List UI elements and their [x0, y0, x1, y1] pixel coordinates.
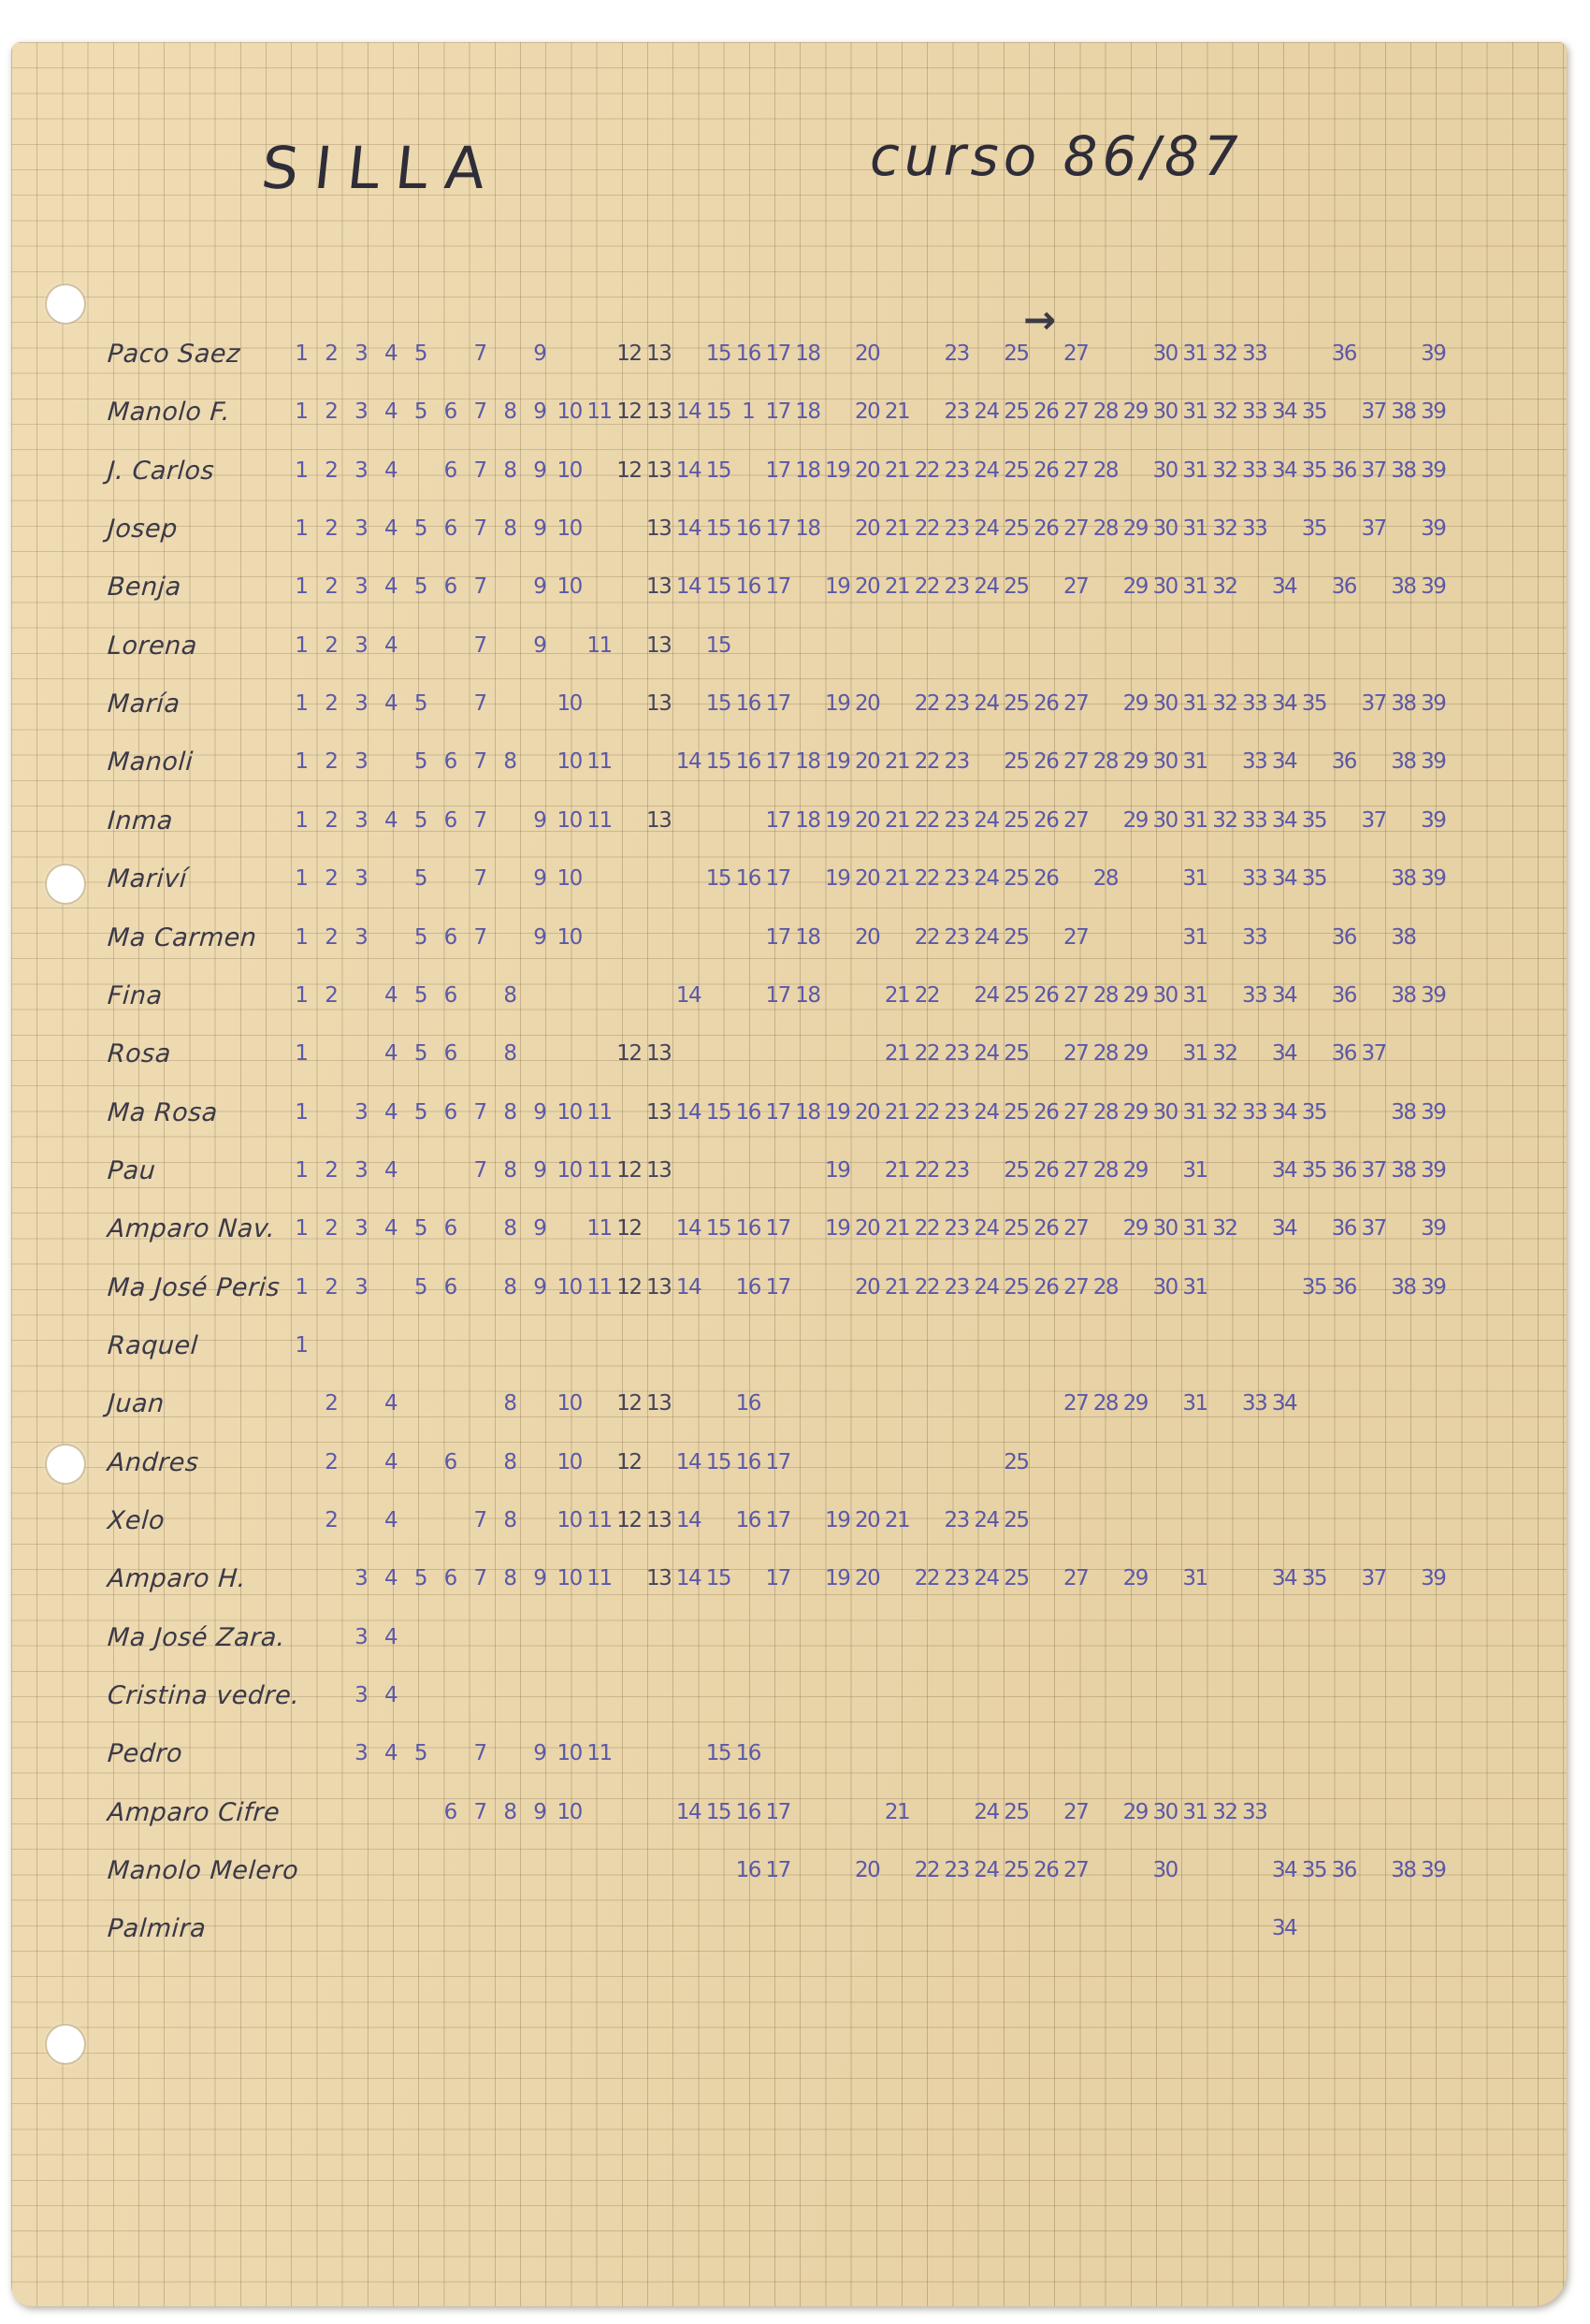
roster-row: Xelo247810111213141617192021232425 — [11, 1501, 1567, 1546]
session-number: 22 — [911, 691, 943, 716]
session-number: 31 — [1179, 1275, 1211, 1300]
session-number: 39 — [1417, 399, 1449, 424]
session-number: 35 — [1298, 458, 1330, 483]
session-number: 17 — [762, 399, 794, 424]
session-number: 30 — [1149, 1800, 1181, 1824]
session-number: 32 — [1208, 399, 1240, 424]
student-name: Ma Carmen — [107, 923, 258, 952]
session-number: 36 — [1328, 925, 1360, 950]
session-number: 14 — [672, 1450, 704, 1474]
session-number: 23 — [941, 808, 973, 833]
session-number: 27 — [1060, 1158, 1091, 1183]
session-number: 10 — [554, 1566, 585, 1590]
student-name: Paco Saez — [107, 340, 241, 369]
session-number: 22 — [911, 1100, 943, 1125]
session-number: 7 — [464, 925, 496, 950]
session-number: 26 — [1030, 1158, 1062, 1183]
session-number: 6 — [434, 808, 466, 833]
roster-row: Manoli1235678101114151617181920212223252… — [11, 742, 1567, 787]
session-number: 15 — [702, 749, 734, 774]
session-number: 2 — [315, 341, 347, 366]
session-number: 15 — [702, 1800, 734, 1824]
session-number: 30 — [1149, 516, 1181, 541]
session-number: 14 — [672, 458, 704, 483]
roster-row: Inma123456791011131718192021222324252627… — [11, 801, 1567, 846]
session-number: 35 — [1298, 516, 1330, 541]
session-number: 6 — [434, 1566, 466, 1590]
session-number: 28 — [1090, 866, 1121, 891]
session-number: 22 — [911, 925, 943, 950]
session-number: 8 — [494, 1800, 526, 1824]
session-number: 29 — [1120, 1041, 1151, 1066]
session-number: 33 — [1238, 1100, 1270, 1125]
session-number: 25 — [1000, 516, 1032, 541]
session-number: 38 — [1387, 983, 1419, 1008]
session-number: 17 — [762, 1508, 794, 1532]
session-number: 32 — [1208, 574, 1240, 599]
student-name: Amparo Cifre — [107, 1798, 281, 1827]
session-number: 9 — [524, 808, 556, 833]
session-number: 34 — [1268, 1100, 1300, 1125]
session-number: 7 — [464, 866, 496, 891]
session-number: 28 — [1090, 1041, 1121, 1066]
session-number: 1 — [285, 341, 317, 366]
session-number: 32 — [1208, 1100, 1240, 1125]
session-number: 31 — [1179, 808, 1211, 833]
student-name: Cristina vedre. — [107, 1681, 301, 1710]
session-number: 34 — [1268, 1216, 1300, 1241]
session-number: 10 — [554, 399, 585, 424]
session-number: 5 — [404, 808, 436, 833]
session-number: 7 — [464, 341, 496, 366]
session-number: 14 — [672, 983, 704, 1008]
session-number: 24 — [971, 1858, 1003, 1882]
session-number: 33 — [1238, 925, 1270, 950]
roster-row: Paco Saez1234579121315161718202325273031… — [11, 334, 1567, 379]
session-number: 10 — [554, 866, 585, 891]
session-number: 24 — [971, 516, 1003, 541]
session-number: 33 — [1238, 458, 1270, 483]
session-number: 21 — [881, 808, 913, 833]
session-number: 38 — [1387, 1275, 1419, 1300]
session-number: 23 — [941, 399, 973, 424]
roster-row: Cristina vedre.34 — [11, 1676, 1567, 1721]
roster-row: Ma José Zara.34 — [11, 1618, 1567, 1663]
session-number: 16 — [732, 1741, 764, 1765]
session-number: 1 — [285, 983, 317, 1008]
session-number: 5 — [404, 1100, 436, 1125]
session-number: 17 — [762, 1450, 794, 1474]
session-number: 2 — [315, 399, 347, 424]
session-number: 6 — [434, 458, 466, 483]
session-number: 22 — [911, 574, 943, 599]
session-number: 31 — [1179, 1100, 1211, 1125]
session-number: 19 — [821, 691, 853, 716]
student-name: Fina — [107, 981, 164, 1010]
session-number: 20 — [851, 691, 883, 716]
session-number: 34 — [1268, 1916, 1300, 1940]
session-number: 18 — [791, 983, 823, 1008]
session-number: 24 — [971, 1216, 1003, 1241]
session-number: 1 — [285, 399, 317, 424]
session-number: 39 — [1417, 1158, 1449, 1183]
session-number: 8 — [494, 983, 526, 1008]
session-number: 30 — [1149, 1275, 1181, 1300]
session-number: 39 — [1417, 341, 1449, 366]
session-number: 30 — [1149, 1858, 1181, 1882]
session-number: 15 — [702, 574, 734, 599]
session-number: 26 — [1030, 399, 1062, 424]
session-number: 3 — [345, 1741, 377, 1765]
session-number: 16 — [732, 1858, 764, 1882]
session-number: 1 — [285, 1216, 317, 1241]
session-number: 31 — [1179, 1158, 1211, 1183]
session-number: 27 — [1060, 1041, 1091, 1066]
session-number: 25 — [1000, 1508, 1032, 1532]
student-name: Manolo Melero — [107, 1856, 299, 1885]
session-number: 37 — [1358, 399, 1390, 424]
session-number: 17 — [762, 458, 794, 483]
session-number: 1 — [285, 1333, 317, 1358]
session-number: 20 — [851, 516, 883, 541]
session-number: 25 — [1000, 1216, 1032, 1241]
session-number: 10 — [554, 1391, 585, 1416]
session-number: 25 — [1000, 1100, 1032, 1125]
session-number: 7 — [464, 1566, 496, 1590]
session-number: 28 — [1090, 749, 1121, 774]
session-number: 30 — [1149, 574, 1181, 599]
session-number: 19 — [821, 749, 853, 774]
session-number: 24 — [971, 1566, 1003, 1590]
student-name: Ma Rosa — [107, 1098, 219, 1127]
session-number: 4 — [375, 1391, 407, 1416]
session-number: 38 — [1387, 925, 1419, 950]
session-number: 25 — [1000, 808, 1032, 833]
session-number: 9 — [524, 1741, 556, 1765]
session-number: 12 — [613, 399, 644, 424]
session-number: 31 — [1179, 866, 1211, 891]
session-number: 5 — [404, 399, 436, 424]
session-number: 14 — [672, 399, 704, 424]
session-number: 12 — [613, 1450, 644, 1474]
session-number: 34 — [1268, 1858, 1300, 1882]
session-number: 24 — [971, 866, 1003, 891]
session-number: 8 — [494, 1158, 526, 1183]
session-number: 16 — [732, 1508, 764, 1532]
session-number: 9 — [524, 925, 556, 950]
session-number: 24 — [971, 983, 1003, 1008]
session-number: 39 — [1417, 1275, 1449, 1300]
session-number: 5 — [404, 1741, 436, 1765]
session-number: 29 — [1120, 808, 1151, 833]
session-number: 7 — [464, 574, 496, 599]
session-number: 25 — [1000, 1858, 1032, 1882]
session-number: 30 — [1149, 341, 1181, 366]
session-number: 27 — [1060, 925, 1091, 950]
session-number: 1 — [285, 458, 317, 483]
session-number: 3 — [345, 925, 377, 950]
session-number: 30 — [1149, 399, 1181, 424]
session-number: 6 — [434, 1216, 466, 1241]
session-number: 10 — [554, 925, 585, 950]
session-number: 29 — [1120, 749, 1151, 774]
session-number: 39 — [1417, 1566, 1449, 1590]
student-name: J. Carlos — [107, 457, 215, 486]
session-number: 39 — [1417, 516, 1449, 541]
session-number: 8 — [494, 516, 526, 541]
session-number: 21 — [881, 574, 913, 599]
session-number: 30 — [1149, 808, 1181, 833]
session-number: 2 — [315, 516, 347, 541]
session-number: 16 — [732, 1800, 764, 1824]
session-number: 21 — [881, 1158, 913, 1183]
session-number: 23 — [941, 1566, 973, 1590]
session-number: 8 — [494, 1391, 526, 1416]
session-number: 9 — [524, 633, 556, 658]
session-number: 17 — [762, 1100, 794, 1125]
session-number: 21 — [881, 983, 913, 1008]
session-number: 31 — [1179, 1391, 1211, 1416]
session-number: 7 — [464, 399, 496, 424]
session-number: 4 — [375, 1625, 407, 1649]
session-number: 34 — [1268, 574, 1300, 599]
session-number: 16 — [732, 1275, 764, 1300]
session-number: 15 — [702, 399, 734, 424]
session-number: 24 — [971, 1041, 1003, 1066]
session-number: 23 — [941, 691, 973, 716]
session-number: 12 — [613, 458, 644, 483]
session-number: 1 — [285, 633, 317, 658]
session-number: 28 — [1090, 1391, 1121, 1416]
session-number: 2 — [315, 691, 347, 716]
session-number: 20 — [851, 1100, 883, 1125]
session-number: 11 — [584, 1566, 615, 1590]
session-number: 15 — [702, 341, 734, 366]
session-number: 29 — [1120, 691, 1151, 716]
session-number: 27 — [1060, 574, 1091, 599]
session-number: 15 — [702, 1566, 734, 1590]
roster-row: Mariví1235791015161719202122232425262831… — [11, 859, 1567, 904]
session-number: 24 — [971, 808, 1003, 833]
roster-row: Benja12345679101314151617192021222324252… — [11, 567, 1567, 612]
session-number: 38 — [1387, 1100, 1419, 1125]
session-number: 15 — [702, 516, 734, 541]
session-number: 1 — [285, 749, 317, 774]
session-number: 31 — [1179, 516, 1211, 541]
session-number: 1 — [285, 1275, 317, 1300]
session-number: 9 — [524, 866, 556, 891]
session-number: 13 — [643, 1508, 674, 1532]
session-number: 26 — [1030, 1858, 1062, 1882]
session-number: 3 — [345, 1100, 377, 1125]
session-number: 14 — [672, 574, 704, 599]
session-number: 26 — [1030, 808, 1062, 833]
roster-row: Amparo Nav.12345689111214151617192021222… — [11, 1209, 1567, 1254]
session-number: 17 — [762, 983, 794, 1008]
session-number: 13 — [643, 574, 674, 599]
session-number: 3 — [345, 399, 377, 424]
session-number: 13 — [643, 516, 674, 541]
session-number: 6 — [434, 574, 466, 599]
session-number: 36 — [1328, 1158, 1360, 1183]
session-number: 7 — [464, 1741, 496, 1765]
session-number: 10 — [554, 691, 585, 716]
session-number: 33 — [1238, 1800, 1270, 1824]
session-number: 11 — [584, 1508, 615, 1532]
session-number: 13 — [643, 458, 674, 483]
session-number: 32 — [1208, 1216, 1240, 1241]
session-number: 18 — [791, 808, 823, 833]
session-number: 20 — [851, 1566, 883, 1590]
session-number: 11 — [584, 749, 615, 774]
session-number: 22 — [911, 749, 943, 774]
session-number: 12 — [613, 1216, 644, 1241]
roster-row: Amparo Cifre6789101415161721242527293031… — [11, 1793, 1567, 1837]
session-number: 21 — [881, 399, 913, 424]
session-number: 28 — [1090, 983, 1121, 1008]
session-number: 6 — [434, 1041, 466, 1066]
session-number: 16 — [732, 691, 764, 716]
student-name: Ma José Zara. — [107, 1623, 286, 1652]
session-number: 3 — [345, 1683, 377, 1707]
session-number: 5 — [404, 983, 436, 1008]
session-number: 4 — [375, 516, 407, 541]
session-number: 32 — [1208, 1800, 1240, 1824]
session-number: 4 — [375, 1158, 407, 1183]
session-number: 21 — [881, 458, 913, 483]
session-number: 31 — [1179, 983, 1211, 1008]
session-number: 9 — [524, 516, 556, 541]
student-name: Lorena — [107, 632, 198, 661]
roster-row: Amparo H.3456789101113141517192022232425… — [11, 1559, 1567, 1604]
session-number: 26 — [1030, 1275, 1062, 1300]
session-number: 16 — [732, 1391, 764, 1416]
session-number: 11 — [584, 808, 615, 833]
session-number: 33 — [1238, 983, 1270, 1008]
session-number: 27 — [1060, 1800, 1091, 1824]
session-number: 37 — [1358, 1566, 1390, 1590]
roster-row: J. Carlos1234678910121314151718192021222… — [11, 451, 1567, 496]
session-number: 5 — [404, 574, 436, 599]
session-number: 33 — [1238, 1391, 1270, 1416]
session-number: 22 — [911, 1858, 943, 1882]
session-number: 36 — [1328, 1858, 1360, 1882]
session-number: 32 — [1208, 516, 1240, 541]
session-number: 7 — [464, 1800, 496, 1824]
session-number: 23 — [941, 574, 973, 599]
session-number: 19 — [821, 1566, 853, 1590]
session-number: 7 — [464, 1508, 496, 1532]
session-number: 34 — [1268, 808, 1300, 833]
session-number: 17 — [762, 1566, 794, 1590]
session-number: 20 — [851, 1216, 883, 1241]
session-number: 2 — [315, 1158, 347, 1183]
roster-row: Ma Carmen1235679101718202223242527313336… — [11, 918, 1567, 963]
session-number: 28 — [1090, 399, 1121, 424]
student-name: Josep — [107, 515, 179, 544]
session-number: 14 — [672, 749, 704, 774]
session-number: 9 — [524, 399, 556, 424]
session-number: 29 — [1120, 516, 1151, 541]
session-number: 13 — [643, 1391, 674, 1416]
session-number: 13 — [643, 1275, 674, 1300]
session-number: 36 — [1328, 1216, 1360, 1241]
session-number: 18 — [791, 1100, 823, 1125]
roster-row: Raquel1 — [11, 1326, 1567, 1371]
session-number: 20 — [851, 574, 883, 599]
session-number: 12 — [613, 1391, 644, 1416]
student-name: Ma José Peris — [107, 1273, 281, 1302]
session-number: 22 — [911, 983, 943, 1008]
session-number: 4 — [375, 1566, 407, 1590]
session-number: 34 — [1268, 1041, 1300, 1066]
session-number: 36 — [1328, 749, 1360, 774]
session-number: 7 — [464, 1158, 496, 1183]
session-number: 13 — [643, 1041, 674, 1066]
session-number: 9 — [524, 458, 556, 483]
session-number: 35 — [1298, 691, 1330, 716]
session-number: 23 — [941, 1275, 973, 1300]
session-number: 27 — [1060, 341, 1091, 366]
session-number: 14 — [672, 1275, 704, 1300]
student-name: Benja — [107, 573, 182, 602]
session-number: 39 — [1417, 1216, 1449, 1241]
session-number: 27 — [1060, 516, 1091, 541]
session-number: 22 — [911, 1566, 943, 1590]
session-number: 29 — [1120, 1158, 1151, 1183]
session-number: 9 — [524, 1158, 556, 1183]
session-number: 22 — [911, 1275, 943, 1300]
session-number: 20 — [851, 1275, 883, 1300]
session-number: 33 — [1238, 749, 1270, 774]
session-number: 31 — [1179, 1216, 1211, 1241]
session-number: 12 — [613, 1041, 644, 1066]
session-number: 28 — [1090, 1100, 1121, 1125]
session-number: 3 — [345, 458, 377, 483]
session-number: 31 — [1179, 1566, 1211, 1590]
session-number: 34 — [1268, 458, 1300, 483]
session-number: 35 — [1298, 1858, 1330, 1882]
session-number: 27 — [1060, 1100, 1091, 1125]
session-number: 13 — [643, 633, 674, 658]
session-number: 15 — [702, 1216, 734, 1241]
session-number: 34 — [1268, 983, 1300, 1008]
session-number: 10 — [554, 749, 585, 774]
session-number: 19 — [821, 1158, 853, 1183]
session-number: 1 — [285, 516, 317, 541]
session-number: 30 — [1149, 691, 1181, 716]
session-number: 29 — [1120, 983, 1151, 1008]
roster-row: Ma Rosa134567891011131415161718192021222… — [11, 1093, 1567, 1138]
session-number: 26 — [1030, 458, 1062, 483]
session-number: 38 — [1387, 399, 1419, 424]
session-number: 21 — [881, 1800, 913, 1824]
session-number: 2 — [315, 574, 347, 599]
session-number: 1 — [285, 1158, 317, 1183]
session-number: 29 — [1120, 399, 1151, 424]
session-number: 34 — [1268, 1391, 1300, 1416]
session-number: 3 — [345, 1625, 377, 1649]
session-number: 2 — [315, 1508, 347, 1532]
session-number: 19 — [821, 458, 853, 483]
session-number: 16 — [732, 516, 764, 541]
session-number: 5 — [404, 1041, 436, 1066]
session-number: 17 — [762, 574, 794, 599]
session-number: 3 — [345, 1216, 377, 1241]
session-number: 6 — [434, 1100, 466, 1125]
session-number: 2 — [315, 1391, 347, 1416]
session-number: 6 — [434, 1800, 466, 1824]
